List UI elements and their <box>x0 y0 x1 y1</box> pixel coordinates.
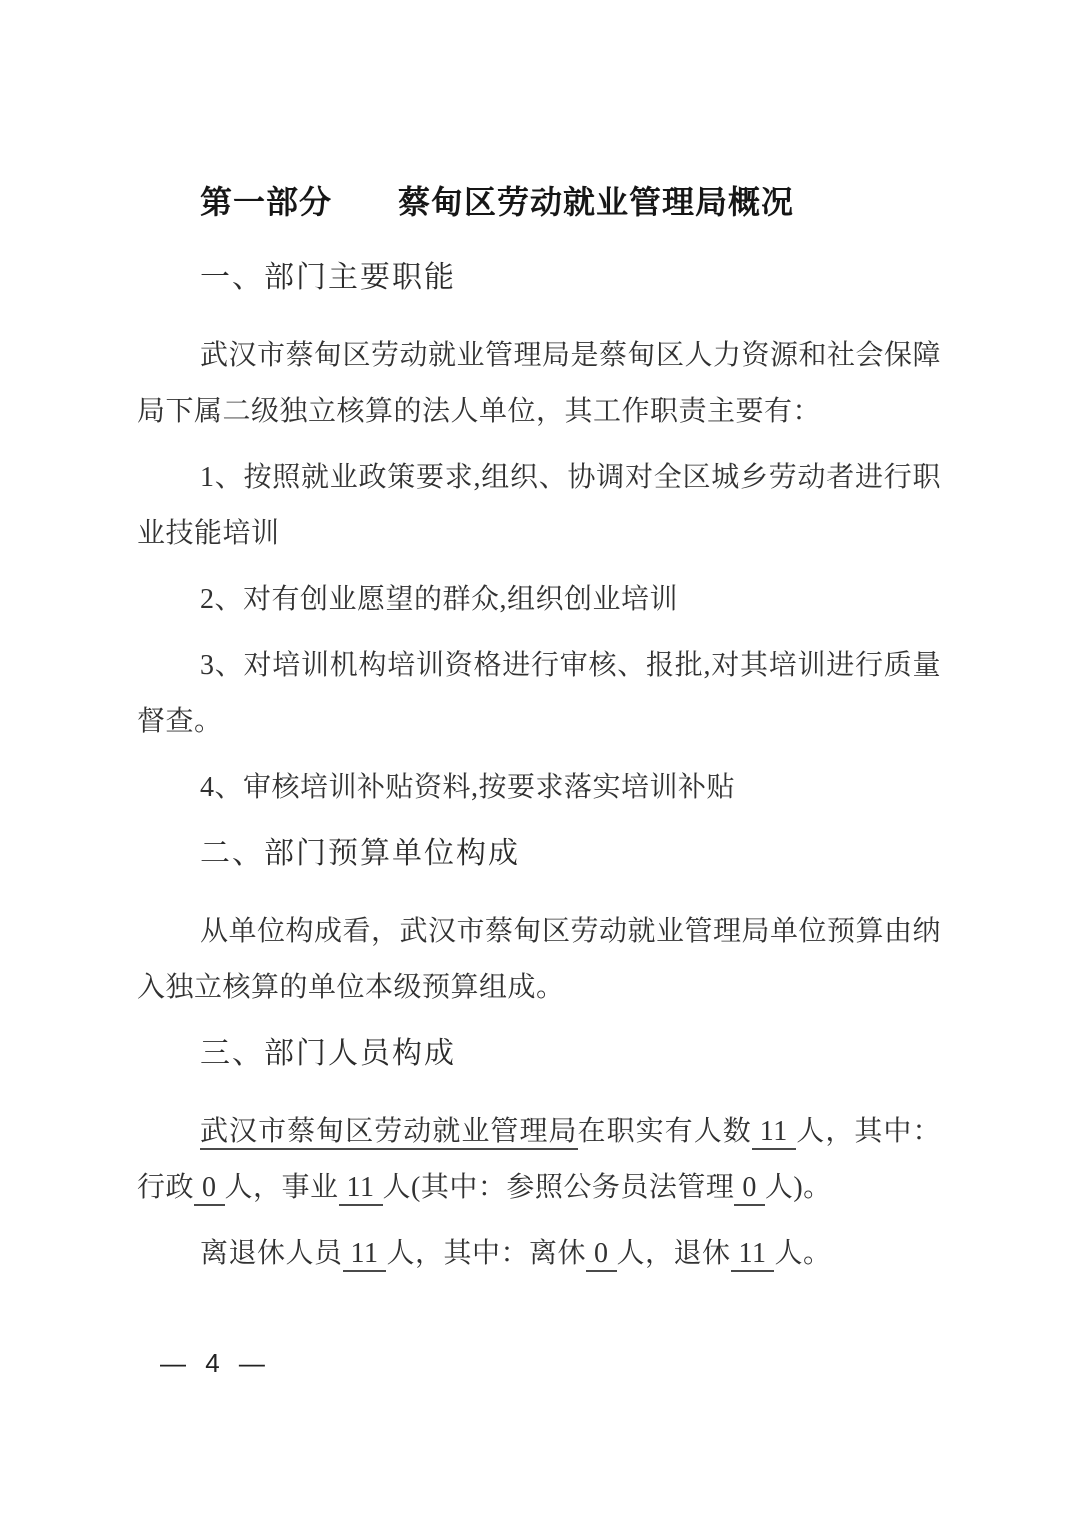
section3-staff-paragraph: 武汉市蔡甸区劳动就业管理局在职实有人数11人，其中：行政0人，事业11人(其中：… <box>137 1104 941 1216</box>
lixiu-count: 0 <box>586 1238 617 1272</box>
org-name-underlined: 武汉市蔡甸区劳动就业管理局 <box>200 1116 578 1150</box>
staff-seg1: 在职实有人数 <box>578 1116 752 1147</box>
retiree-seg1: 离退休人员 <box>200 1238 343 1269</box>
civil-servant-managed-count: 0 <box>734 1172 765 1206</box>
section1-item-4: 4、审核培训补贴资料,按要求落实培训补贴 <box>137 760 941 816</box>
section3-retiree-paragraph: 离退休人员11人，其中：离休0人，退休11人。 <box>137 1226 941 1282</box>
retiree-total-count: 11 <box>343 1238 387 1272</box>
staff-seg5: 人)。 <box>765 1172 832 1203</box>
section2-heading: 二、部门预算单位构成 <box>200 826 941 882</box>
institution-staff-count: 11 <box>339 1172 383 1206</box>
document-title: 第一部分 蔡甸区劳动就业管理局概况 <box>200 174 941 230</box>
section3-heading: 三、部门人员构成 <box>200 1026 941 1082</box>
page-number: — 4 — <box>160 1348 271 1379</box>
staff-seg4: 人(其中：参照公务员法管理 <box>383 1172 735 1203</box>
retiree-seg3: 人，退休 <box>617 1238 731 1269</box>
document-page: 第一部分 蔡甸区劳动就业管理局概况 一、部门主要职能 武汉市蔡甸区劳动就业管理局… <box>0 0 1074 1520</box>
section1-heading: 一、部门主要职能 <box>200 250 941 306</box>
document-content: 第一部分 蔡甸区劳动就业管理局概况 一、部门主要职能 武汉市蔡甸区劳动就业管理局… <box>0 0 1074 1282</box>
admin-staff-count: 0 <box>194 1172 225 1206</box>
section1-item-2: 2、对有创业愿望的群众,组织创业培训 <box>137 572 941 628</box>
retiree-seg2: 人，其中：离休 <box>386 1238 586 1269</box>
staff-seg3: 人，事业 <box>225 1172 339 1203</box>
section1-item-3: 3、对培训机构培训资格进行审核、报批,对其培训进行质量督查。 <box>137 638 941 750</box>
section1-intro-paragraph: 武汉市蔡甸区劳动就业管理局是蔡甸区人力资源和社会保障局下属二级独立核算的法人单位… <box>137 328 941 440</box>
section1-item-1: 1、按照就业政策要求,组织、协调对全区城乡劳动者进行职业技能培训 <box>137 450 941 562</box>
tuixiu-count: 11 <box>731 1238 775 1272</box>
section2-body-paragraph: 从单位构成看，武汉市蔡甸区劳动就业管理局单位预算由纳入独立核算的单位本级预算组成… <box>137 904 941 1016</box>
staff-total-count: 11 <box>752 1116 796 1150</box>
retiree-seg4: 人。 <box>774 1238 831 1269</box>
